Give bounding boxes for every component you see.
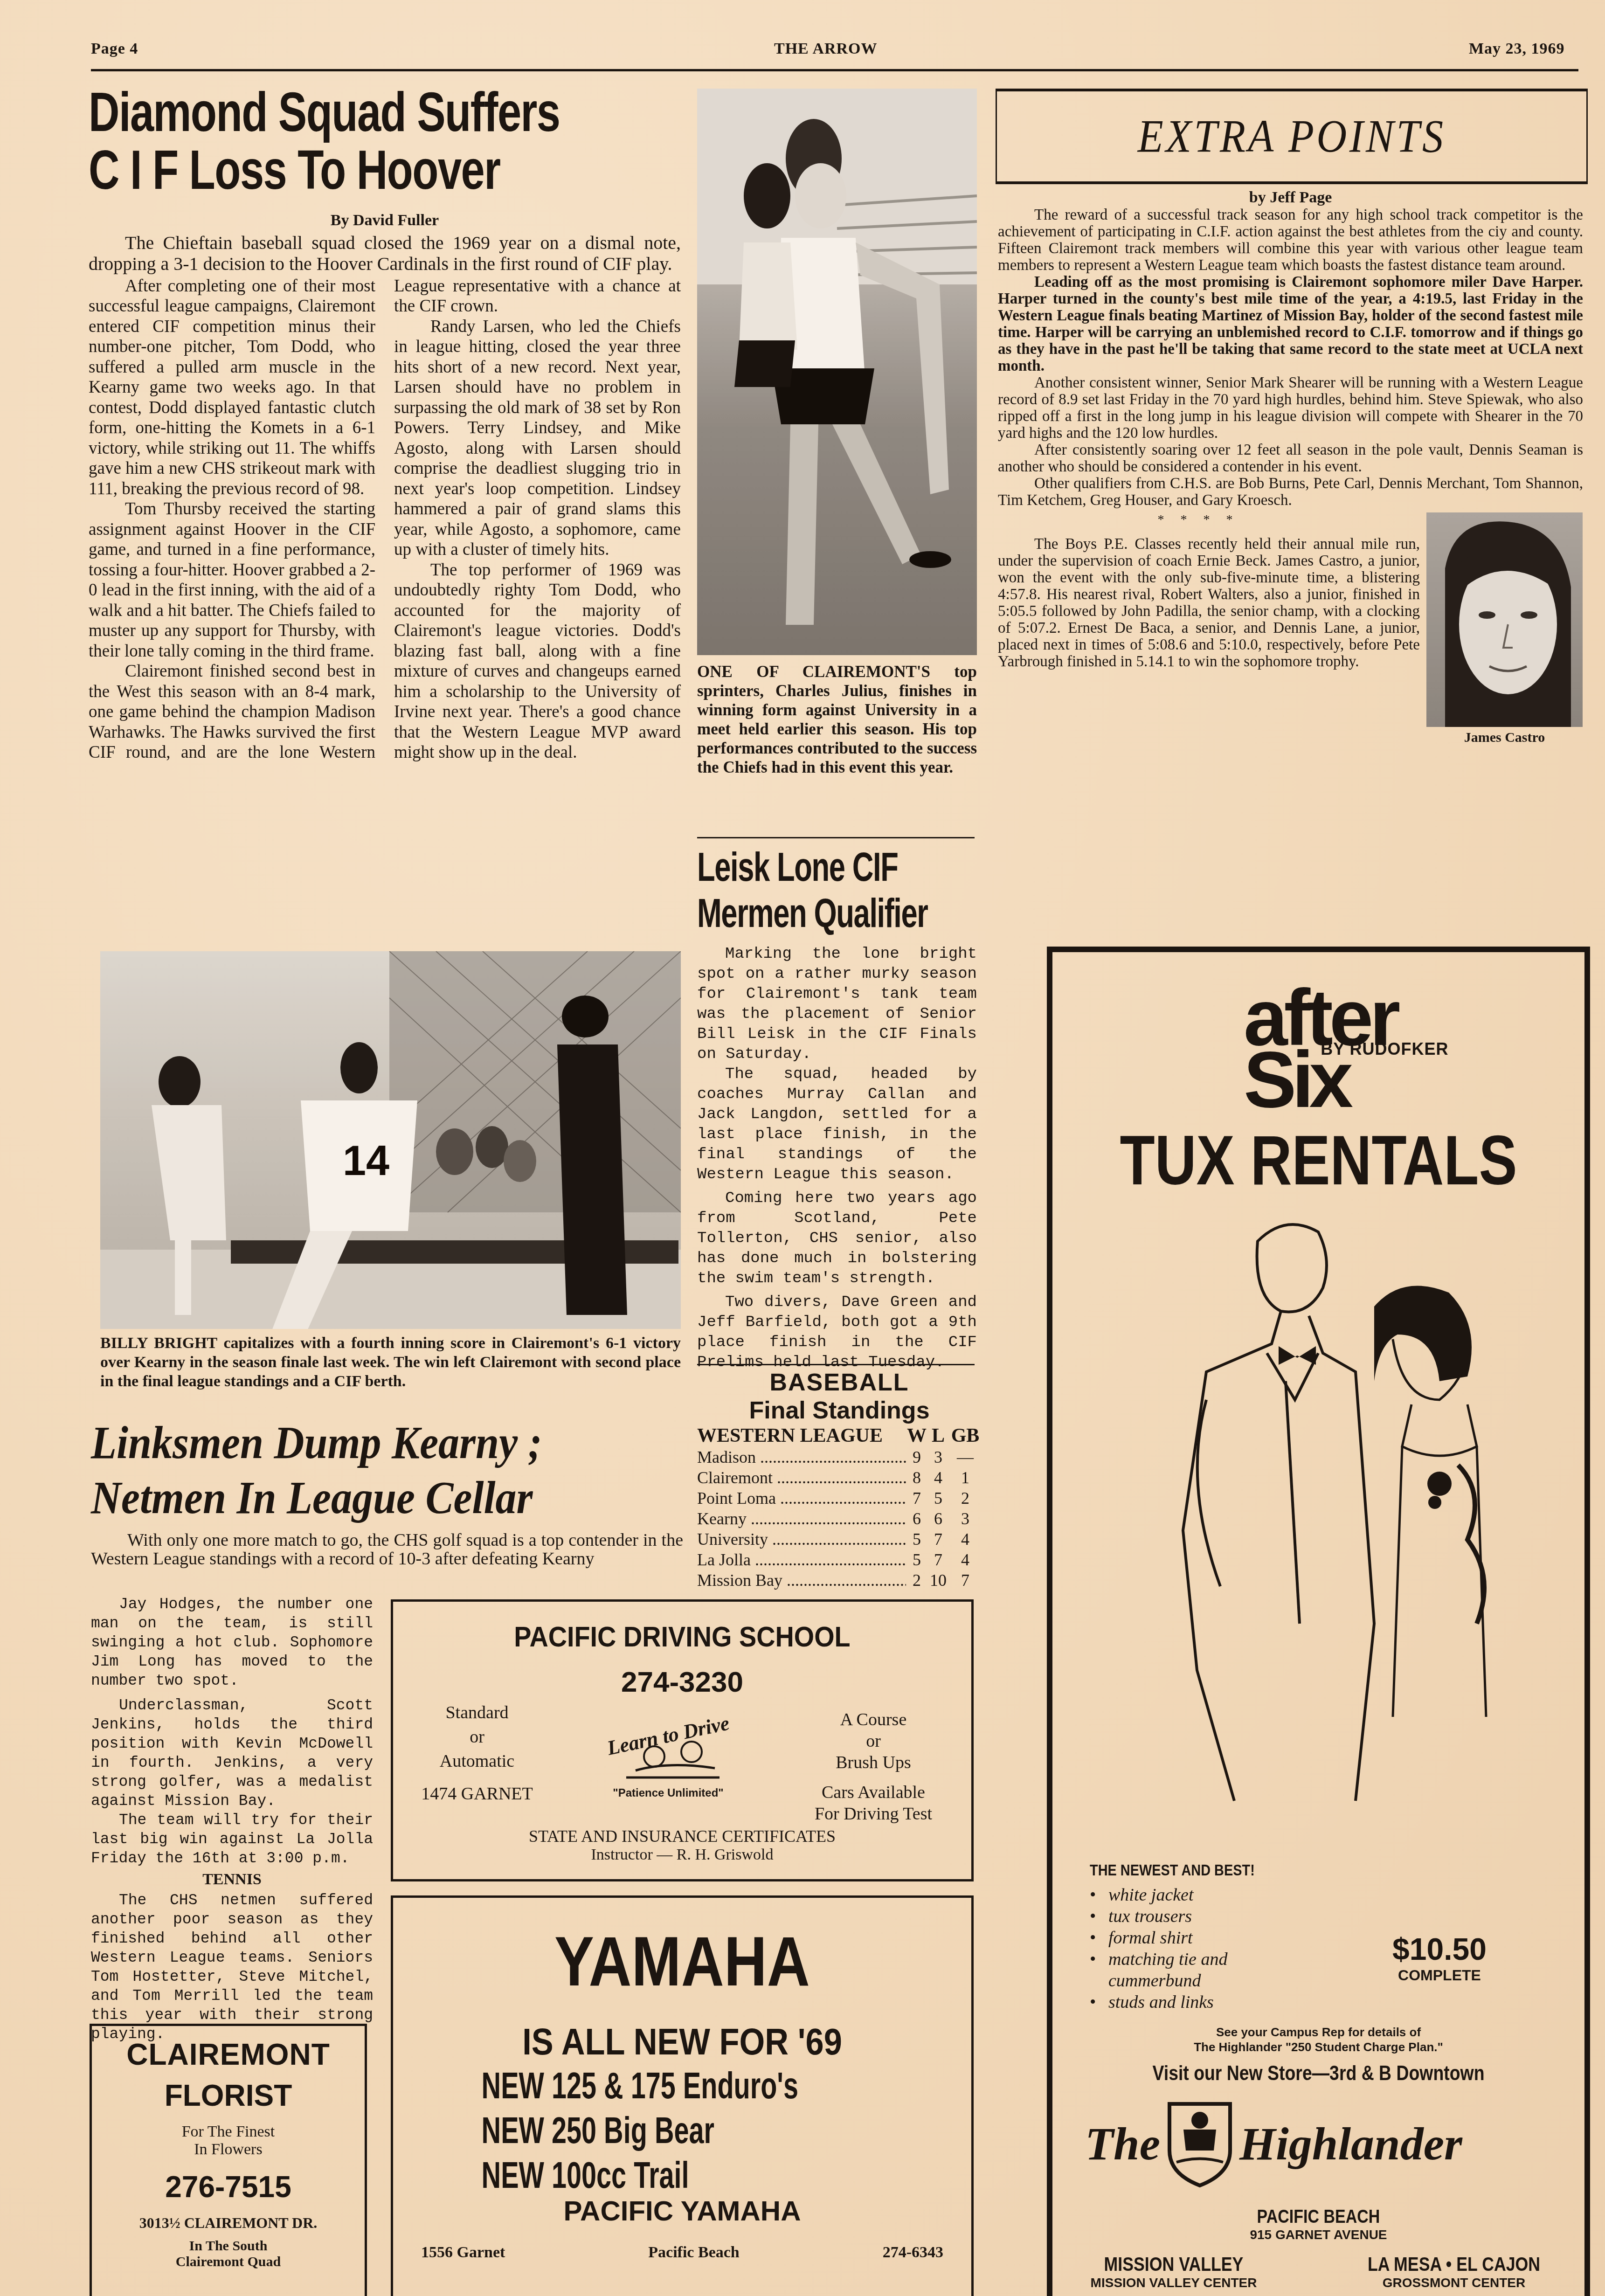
cars-available: Cars Available: [789, 1782, 957, 1803]
option-automatic: Automatic: [407, 1749, 547, 1773]
team-name: Clairemont: [697, 1467, 906, 1488]
baseball-article: Diamond Squad Suffers C I F Loss To Hoov…: [89, 84, 681, 896]
after-six-logo: after Six BY RUDOFKER: [1244, 987, 1449, 1111]
location-grossmont-center: GROSSMONT CENTER: [1333, 2275, 1575, 2290]
games-behind: 7: [949, 1570, 982, 1591]
option-course: A Course: [789, 1709, 957, 1730]
section-separator: * * * *: [998, 512, 1399, 527]
option-or: or: [407, 1725, 547, 1749]
paragraph: Marking the lone bright spot on a rather…: [697, 944, 977, 1065]
location-mission-valley-center: MISSION VALLEY CENTER: [1062, 2275, 1286, 2290]
baseball-scene-illustration: 14: [100, 951, 681, 1329]
yamaha-brand: YAMAHA: [436, 1921, 928, 2002]
driving-school-name: PACIFIC DRIVING SCHOOL: [422, 1620, 942, 1653]
for-driving-test: For Driving Test: [789, 1803, 957, 1825]
tennis-subhead: TENNIS: [91, 1870, 373, 1889]
instructor: Instructor — R. H. Griswold: [393, 1846, 971, 1864]
paragraph: Two divers, Dave Green and Jeff Barfield…: [697, 1293, 977, 1373]
headline-line-2: Mermen Qualifier: [697, 890, 976, 936]
mile-run-paragraph: The Boys P.E. Classes recently held thei…: [998, 536, 1420, 670]
games-behind: 1: [949, 1467, 982, 1488]
games-behind: 4: [949, 1529, 982, 1549]
yamaha-city: Pacific Beach: [648, 2244, 739, 2261]
losses: 10: [927, 1570, 949, 1591]
list-item: •tux trousers: [1090, 1906, 1351, 1927]
article-columns: After completing one of their most succe…: [89, 276, 681, 896]
golf-tennis-article: Linksmen Dump Kearny ; Netmen In League …: [91, 1415, 683, 1568]
paragraph: After completing one of their most succe…: [89, 276, 375, 499]
driving-school-address: 1474 GARNET: [407, 1782, 547, 1806]
location-pacific-beach-address: 915 GARNET AVENUE: [1052, 2227, 1584, 2242]
bullet-icon: •: [1090, 1884, 1108, 1906]
paragraph: The reward of a successful track season …: [998, 207, 1583, 274]
extra-points-title: EXTRA POINTS: [1026, 109, 1557, 163]
team-name: Madison: [697, 1447, 906, 1467]
paragraph-bold: Leading off as the most promising is Cla…: [998, 274, 1583, 374]
wins: 7: [906, 1488, 927, 1508]
driving-school-phone: 274-3230: [393, 1666, 971, 1699]
yamaha-dealer: PACIFIC YAMAHA: [393, 2195, 971, 2227]
item-label: white jacket: [1108, 1884, 1194, 1906]
table-row: Madison93—: [697, 1447, 982, 1467]
runners-illustration: [697, 89, 977, 655]
baseball-standings: BASEBALL Final Standings WESTERN LEAGUE …: [697, 1369, 982, 1591]
byline: by Jeff Page: [998, 189, 1583, 207]
yamaha-phone: 274-6343: [883, 2244, 943, 2261]
sprinter-caption: ONE OF CLAIREMONT'S top sprinters, Charl…: [697, 662, 977, 777]
couple-illustration-icon: [1113, 1204, 1533, 1833]
header-games-behind: GB: [949, 1425, 982, 1447]
header-league: WESTERN LEAGUE: [697, 1425, 906, 1447]
location-pacific-beach: PACIFIC BEACH: [1093, 2206, 1545, 2227]
byline: By David Fuller: [89, 212, 681, 229]
paragraph: Another consistent winner, Senior Mark S…: [998, 374, 1583, 442]
jersey-number: 14: [343, 1138, 389, 1184]
baseball-headline: Diamond Squad Suffers C I F Loss To Hoov…: [89, 84, 671, 200]
florist-tagline-1: For The Finest: [92, 2123, 365, 2141]
option-brush-ups: Brush Ups: [789, 1752, 957, 1773]
masthead-rule: [91, 69, 1578, 71]
charge-plan-note-2: The Highlander "250 Student Charge Plan.…: [1052, 2040, 1584, 2054]
bullet-icon: •: [1090, 1992, 1108, 2013]
visit-store: Visit our New Store—3rd & B Downtown: [1093, 2062, 1545, 2085]
losses: 7: [927, 1529, 949, 1549]
header-wins: W: [906, 1425, 927, 1447]
tux-list: THE NEWEST AND BEST! •white jacket •tux …: [1090, 1861, 1351, 2013]
table-row: La Jolla574: [697, 1549, 982, 1570]
list-item: •white jacket: [1090, 1884, 1351, 1906]
losses: 3: [927, 1447, 949, 1467]
florist-ad: CLAIREMONT FLORIST For The Finest In Flo…: [90, 2024, 367, 2296]
item-label: studs and links: [1108, 1992, 1214, 2013]
option-or-2: or: [789, 1730, 957, 1752]
baseball-photo: 14: [100, 951, 681, 1329]
standings-title: BASEBALL: [697, 1369, 982, 1397]
item-label: formal shirt: [1108, 1927, 1193, 1949]
extra-points-column: by Jeff Page The reward of a successful …: [998, 189, 1583, 746]
table-row: University574: [697, 1529, 982, 1549]
losses: 7: [927, 1549, 949, 1570]
paragraph: Coming here two years ago from Scotland,…: [697, 1189, 977, 1289]
lead-paragraph: With only one more match to go, the CHS …: [91, 1531, 683, 1568]
item-label: matching tie and cummerbund: [1108, 1949, 1258, 1992]
model-item: NEW 250 Big Bear: [482, 2108, 925, 2153]
issue-date: May 23, 1969: [1469, 40, 1565, 58]
wins: 8: [906, 1467, 927, 1488]
list-title: THE NEWEST AND BEST!: [1090, 1861, 1312, 1880]
paragraph: Other qualifiers from C.H.S. are Bob Bur…: [998, 475, 1583, 509]
model-item: NEW 125 & 175 Enduro's: [482, 2063, 925, 2108]
portrait-caption: James Castro: [1426, 730, 1583, 746]
paragraph: Underclassman, Scott Jenkins, holds the …: [91, 1696, 373, 1811]
header-losses: L: [927, 1425, 949, 1447]
table-row: Kearny663: [697, 1508, 982, 1529]
standings-header: WESTERN LEAGUE W L GB: [697, 1425, 982, 1447]
florist-address: 3013½ CLAIREMONT DR.: [92, 2214, 365, 2232]
games-behind: 4: [949, 1549, 982, 1570]
bullet-icon: •: [1090, 1949, 1108, 1992]
yamaha-address: 1556 Garnet: [421, 2244, 505, 2261]
yamaha-tagline: IS ALL NEW FOR '69: [428, 2020, 936, 2063]
bullet-icon: •: [1090, 1906, 1108, 1927]
charge-plan-note-1: See your Campus Rep for details of: [1052, 2025, 1584, 2040]
wins: 2: [906, 1570, 927, 1591]
paragraph: Randy Larsen, who led the Chiefs in leag…: [394, 317, 681, 560]
tux-price-label: COMPLETE: [1370, 1967, 1509, 1984]
team-name: University: [697, 1529, 906, 1549]
logo-the: The: [1085, 2117, 1160, 2171]
paragraph: The team will try for their last big win…: [91, 1811, 373, 1868]
headline-line-1: Leisk Lone CIF: [697, 844, 976, 890]
page-number: Page 4: [91, 40, 138, 58]
headline-line-1: Linksmen Dump Kearny ;: [91, 1415, 687, 1470]
headline-line-1: Diamond Squad Suffers: [89, 84, 671, 142]
paragraph: Jay Hodges, the number one man on the te…: [91, 1595, 373, 1690]
florist-location-2: Clairemont Quad: [92, 2254, 365, 2270]
highlander-logo: The Highlander: [1085, 2099, 1462, 2188]
paragraph: Tom Thursby received the starting assign…: [89, 499, 375, 661]
wins: 6: [906, 1508, 927, 1529]
location-la-mesa-el-cajon: LA MESA • EL CAJON: [1351, 2253, 1557, 2275]
caption-lead: BILLY BRIGHT: [100, 1335, 217, 1352]
bullet-icon: •: [1090, 1927, 1108, 1949]
divider: [697, 837, 975, 838]
team-name: La Jolla: [697, 1549, 906, 1570]
games-behind: 2: [949, 1488, 982, 1508]
newspaper-name: THE ARROW: [774, 40, 878, 58]
table-row: Point Loma752: [697, 1488, 982, 1508]
table-row: Clairemont841: [697, 1467, 982, 1488]
logo-highlander: Highlander: [1239, 2117, 1462, 2171]
games-behind: 3: [949, 1508, 982, 1529]
list-item: •matching tie and cummerbund: [1090, 1949, 1351, 1992]
table-row: Mission Bay2107: [697, 1570, 982, 1591]
golf-column: Jay Hodges, the number one man on the te…: [91, 1595, 373, 2044]
paragraph: The squad, headed by coaches Murray Call…: [697, 1065, 977, 1185]
location-mission-valley: MISSION VALLEY: [1079, 2253, 1269, 2275]
baseball-photo-caption: BILLY BRIGHT capitalizes with a fourth i…: [100, 1334, 681, 1391]
wins: 5: [906, 1549, 927, 1570]
wins: 9: [906, 1447, 927, 1467]
losses: 6: [927, 1508, 949, 1529]
svg-text:Learn to Drive: Learn to Drive: [605, 1711, 732, 1760]
team-name: Kearny: [697, 1508, 906, 1529]
extra-points-title-box: EXTRA POINTS: [996, 89, 1588, 184]
item-label: tux trousers: [1108, 1906, 1192, 1927]
lead-paragraph: The Chieftain baseball squad closed the …: [89, 232, 681, 274]
florist-name-1: CLAIREMONT: [92, 2037, 365, 2072]
florist-tagline-2: In Flowers: [92, 2141, 365, 2158]
tux-headline: TUX RENTALS: [1100, 1120, 1537, 1201]
james-castro-portrait: [1426, 512, 1583, 727]
sprinter-photo: [697, 89, 977, 655]
list-item: •formal shirt: [1090, 1927, 1351, 1949]
highlander-crest-icon: [1165, 2099, 1235, 2188]
golf-headline: Linksmen Dump Kearny ; Netmen In League …: [91, 1415, 687, 1525]
florist-location-1: In The South: [92, 2238, 365, 2254]
games-behind: —: [949, 1447, 982, 1467]
certificates: STATE AND INSURANCE CERTIFICATES: [393, 1826, 971, 1846]
driving-school-ad: PACIFIC DRIVING SCHOOL 274-3230 Standard…: [391, 1599, 974, 1881]
tux-price: $10.50: [1370, 1931, 1509, 1967]
tux-rental-ad: after Six BY RUDOFKER TUX RENTALS THE NE: [1047, 947, 1590, 2296]
standings-table: Madison93— Clairemont841 Point Loma752 K…: [697, 1447, 982, 1591]
driving-school-motto: "Patience Unlimited": [584, 1787, 752, 1800]
florist-phone: 276-7515: [92, 2170, 365, 2204]
divider: [697, 1364, 975, 1365]
paragraph: After consistently soaring over 12 feet …: [998, 442, 1583, 475]
team-name: Point Loma: [697, 1488, 906, 1508]
florist-name-2: FLORIST: [92, 2078, 365, 2113]
headline-line-2: C I F Loss To Hoover: [89, 142, 671, 200]
tennis-paragraph: The CHS netmen suffered another poor sea…: [91, 1891, 373, 2044]
losses: 4: [927, 1467, 949, 1488]
yamaha-ad: YAMAHA IS ALL NEW FOR '69 NEW 125 & 175 …: [391, 1895, 974, 2296]
swim-headline: Leisk Lone CIF Mermen Qualifier: [697, 844, 976, 936]
paragraph: The top performer of 1969 was undoubtedl…: [394, 560, 681, 763]
model-item: NEW 100cc Trail: [482, 2153, 925, 2198]
swim-article: Leisk Lone CIF Mermen Qualifier Marking …: [697, 844, 977, 1373]
learn-to-drive-logo-icon: Learn to Drive: [598, 1701, 738, 1784]
headline-line-2: Netmen In League Cellar: [91, 1470, 687, 1525]
list-item: •studs and links: [1090, 1992, 1351, 2013]
wins: 5: [906, 1529, 927, 1549]
portrait-illustration: [1426, 512, 1583, 727]
team-name: Mission Bay: [697, 1570, 906, 1591]
standings-subtitle: Final Standings: [697, 1397, 982, 1425]
option-standard: Standard: [407, 1701, 547, 1725]
brand-by: BY RUDOFKER: [1321, 1043, 1448, 1056]
losses: 5: [927, 1488, 949, 1508]
